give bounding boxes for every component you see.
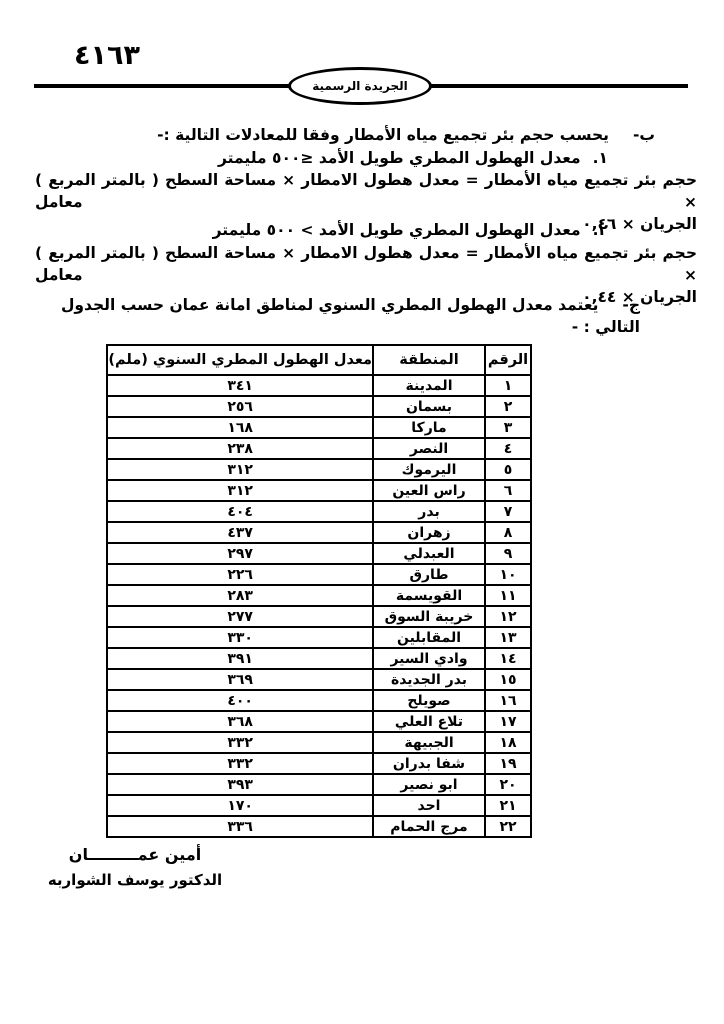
table-row: ٧بدر٤٠٤ — [107, 501, 531, 522]
rainfall-value-cell: ٢٧٧ — [107, 606, 373, 627]
gazette-seal: الجريدة الرسمية — [288, 67, 432, 105]
row-number-cell: ١٢ — [485, 606, 531, 627]
col-header-region: المنطقة — [373, 345, 485, 375]
region-cell: زهران — [373, 522, 485, 543]
table-row: ١٨الجبيهة٣٣٢ — [107, 732, 531, 753]
row-number-cell: ٨ — [485, 522, 531, 543]
case1-marker: ١. — [593, 147, 608, 169]
case2-formula-line1: حجم بئر تجميع مياه الأمطار = معدل هطول ا… — [35, 242, 697, 286]
signature-name: الدكتور يوسف الشواربه — [40, 867, 230, 893]
region-cell: ابو نصير — [373, 774, 485, 795]
row-number-cell: ٤ — [485, 438, 531, 459]
table-row: ٤النصر٢٣٨ — [107, 438, 531, 459]
case2-condition: معدل الهطول المطري طويل الأمد > ٥٠٠ مليم… — [213, 221, 581, 239]
case1-formula-line1: حجم بئر تجميع مياه الأمطار = معدل هطول ا… — [35, 169, 697, 213]
clause-c-text: يعتمد معدل الهطول المطري السنوي لمناطق ا… — [61, 296, 640, 336]
row-number-cell: ٢١ — [485, 795, 531, 816]
rainfall-value-cell: ٣٤١ — [107, 375, 373, 396]
signature-title: أمين عمـــــــــان — [40, 843, 230, 867]
rainfall-value-cell: ٣١٢ — [107, 459, 373, 480]
table-row: ١٢خريبة السوق٢٧٧ — [107, 606, 531, 627]
region-cell: بسمان — [373, 396, 485, 417]
rainfall-value-cell: ٣٣٠ — [107, 627, 373, 648]
row-number-cell: ٦ — [485, 480, 531, 501]
rainfall-value-cell: ٢٨٣ — [107, 585, 373, 606]
rainfall-value-cell: ١٧٠ — [107, 795, 373, 816]
rainfall-value-cell: ٣٦٩ — [107, 669, 373, 690]
region-cell: بدر الجديدة — [373, 669, 485, 690]
rainfall-value-cell: ٣٩١ — [107, 648, 373, 669]
region-cell: القويسمة — [373, 585, 485, 606]
table-row: ١٧تلاع العلي٣٦٨ — [107, 711, 531, 732]
region-cell: ماركا — [373, 417, 485, 438]
region-cell: الجبيهة — [373, 732, 485, 753]
region-cell: طارق — [373, 564, 485, 585]
table-header-row: الرقم المنطقة معدل الهطول المطري السنوي … — [107, 345, 531, 375]
row-number-cell: ٢ — [485, 396, 531, 417]
clause-b-text: يحسب حجم بئر تجميع مياه الأمطار وفقا للم… — [157, 126, 609, 144]
table-row: ١٠طارق٢٢٦ — [107, 564, 531, 585]
row-number-cell: ١٨ — [485, 732, 531, 753]
rainfall-value-cell: ٣٩٣ — [107, 774, 373, 795]
row-number-cell: ١٤ — [485, 648, 531, 669]
gazette-name: الجريدة الرسمية — [312, 79, 408, 93]
page-number: ٤١٦٣ — [74, 40, 140, 71]
rainfall-value-cell: ٣٣٢ — [107, 753, 373, 774]
table-row: ١المدينة٣٤١ — [107, 375, 531, 396]
row-number-cell: ٩ — [485, 543, 531, 564]
row-number-cell: ١١ — [485, 585, 531, 606]
row-number-cell: ٥ — [485, 459, 531, 480]
row-number-cell: ١٣ — [485, 627, 531, 648]
region-cell: العبدلي — [373, 543, 485, 564]
table-row: ٢٢مرج الحمام٣٣٦ — [107, 816, 531, 837]
rainfall-value-cell: ٤٣٧ — [107, 522, 373, 543]
region-cell: تلاع العلي — [373, 711, 485, 732]
rainfall-value-cell: ١٦٨ — [107, 417, 373, 438]
region-cell: خريبة السوق — [373, 606, 485, 627]
table-body: ١المدينة٣٤١٢بسمان٢٥٦٣ماركا١٦٨٤النصر٢٣٨٥ا… — [107, 375, 531, 837]
rainfall-value-cell: ٤٠٤ — [107, 501, 373, 522]
table-row: ٩العبدلي٢٩٧ — [107, 543, 531, 564]
region-cell: وادي السير — [373, 648, 485, 669]
rainfall-value-cell: ٣١٢ — [107, 480, 373, 501]
row-number-cell: ٧ — [485, 501, 531, 522]
table-row: ١٩شفا بدران٣٣٢ — [107, 753, 531, 774]
table-row: ٢٠ابو نصير٣٩٣ — [107, 774, 531, 795]
rainfall-value-cell: ٢٥٦ — [107, 396, 373, 417]
row-number-cell: ٢٠ — [485, 774, 531, 795]
case1-condition: معدل الهطول المطري طويل الأمد ≤٥٠٠ مليمت… — [218, 149, 581, 167]
table-row: ١٦صويلح٤٠٠ — [107, 690, 531, 711]
row-number-cell: ٣ — [485, 417, 531, 438]
table-row: ١٥بدر الجديدة٣٦٩ — [107, 669, 531, 690]
case2-marker: ٢. — [593, 219, 608, 241]
table-row: ٦راس العين٣١٢ — [107, 480, 531, 501]
col-header-number: الرقم — [485, 345, 531, 375]
rainfall-value-cell: ٢٣٨ — [107, 438, 373, 459]
region-cell: مرج الحمام — [373, 816, 485, 837]
gazette-page: ٤١٦٣ الجريدة الرسمية ب-يحسب حجم بئر تجمي… — [0, 0, 724, 1024]
rainfall-value-cell: ٣٣٢ — [107, 732, 373, 753]
region-cell: المدينة — [373, 375, 485, 396]
clause-c: ج-يعتمد معدل الهطول المطري السنوي لمناطق… — [35, 294, 640, 338]
region-cell: راس العين — [373, 480, 485, 501]
table-row: ٥اليرموك٣١٢ — [107, 459, 531, 480]
row-number-cell: ٢٢ — [485, 816, 531, 837]
rainfall-value-cell: ٤٠٠ — [107, 690, 373, 711]
region-cell: اليرموك — [373, 459, 485, 480]
region-cell: احد — [373, 795, 485, 816]
table-row: ٢١احد١٧٠ — [107, 795, 531, 816]
row-number-cell: ١٠ — [485, 564, 531, 585]
clause-b-marker: ب- — [633, 124, 655, 146]
region-cell: المقابلين — [373, 627, 485, 648]
case2-condition-line: ٢.معدل الهطول المطري طويل الأمد > ٥٠٠ مل… — [35, 219, 608, 241]
case1-condition-line: ١.معدل الهطول المطري طويل الأمد ≤٥٠٠ ملي… — [35, 147, 608, 169]
region-cell: النصر — [373, 438, 485, 459]
region-cell: شفا بدران — [373, 753, 485, 774]
rainfall-value-cell: ٣٦٨ — [107, 711, 373, 732]
table-row: ١١القويسمة٢٨٣ — [107, 585, 531, 606]
table-row: ٨زهران٤٣٧ — [107, 522, 531, 543]
table-row: ١٣المقابلين٣٣٠ — [107, 627, 531, 648]
rainfall-value-cell: ٢٩٧ — [107, 543, 373, 564]
clause-c-marker: ج- — [622, 294, 640, 316]
col-header-rainfall: معدل الهطول المطري السنوي (ملم) — [107, 345, 373, 375]
rainfall-value-cell: ٣٣٦ — [107, 816, 373, 837]
table-row: ٣ماركا١٦٨ — [107, 417, 531, 438]
row-number-cell: ١٥ — [485, 669, 531, 690]
row-number-cell: ١٩ — [485, 753, 531, 774]
signature-block: أمين عمـــــــــان الدكتور يوسف الشواربه — [40, 843, 230, 893]
rainfall-table: الرقم المنطقة معدل الهطول المطري السنوي … — [106, 344, 532, 838]
rainfall-value-cell: ٢٢٦ — [107, 564, 373, 585]
table-row: ٢بسمان٢٥٦ — [107, 396, 531, 417]
clause-b: ب-يحسب حجم بئر تجميع مياه الأمطار وفقا ل… — [35, 124, 655, 146]
table-row: ١٤وادي السير٣٩١ — [107, 648, 531, 669]
row-number-cell: ١ — [485, 375, 531, 396]
row-number-cell: ١٧ — [485, 711, 531, 732]
row-number-cell: ١٦ — [485, 690, 531, 711]
region-cell: صويلح — [373, 690, 485, 711]
region-cell: بدر — [373, 501, 485, 522]
